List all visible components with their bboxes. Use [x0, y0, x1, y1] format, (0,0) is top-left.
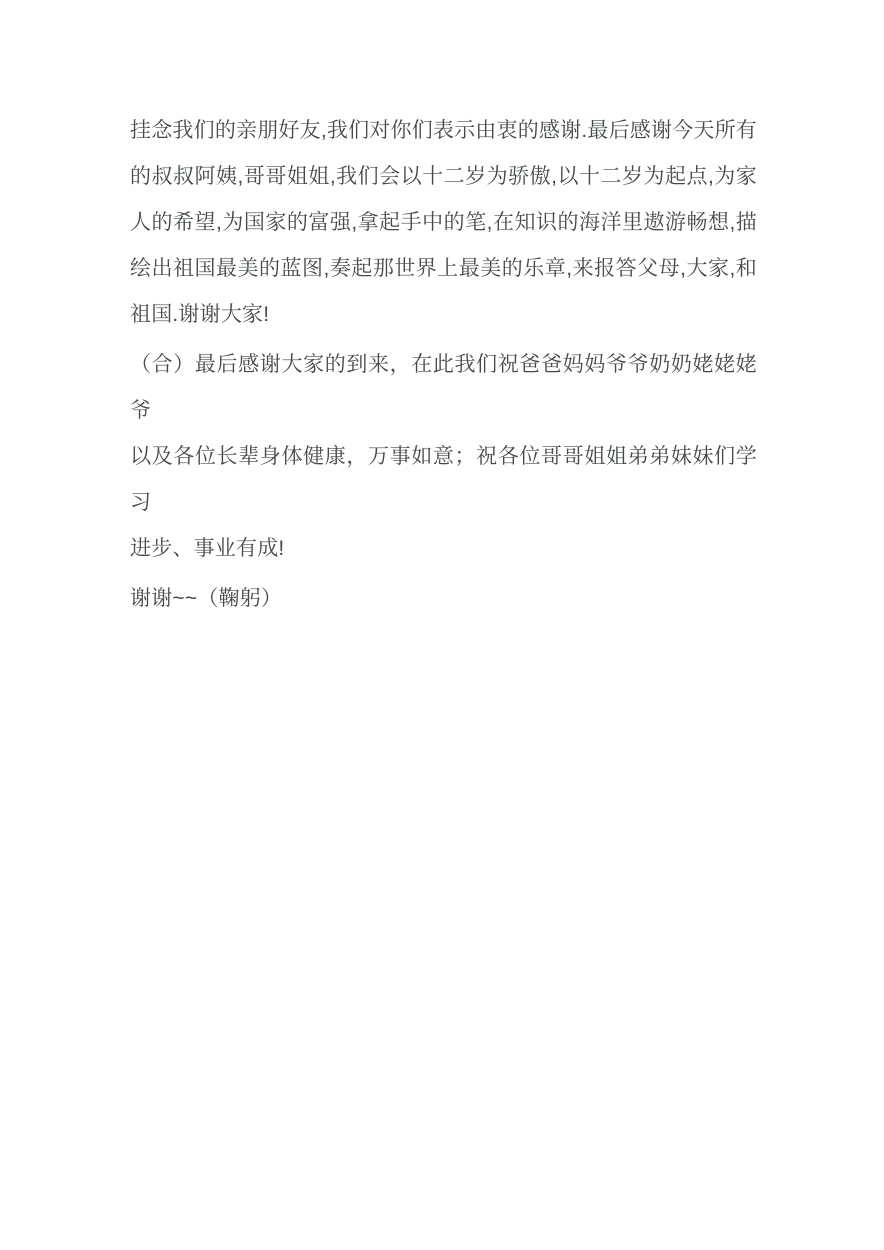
text-line: 进步、事业有成! [130, 526, 757, 572]
document-page: 挂念我们的亲朋好友,我们对你们表示由衷的感谢.最后感谢今天所有 的叔叔阿姨,哥哥… [0, 0, 884, 1250]
text-line: 祖国.谢谢大家! [130, 292, 757, 338]
paragraph-3: 谢谢~~（鞠躬） [130, 576, 757, 622]
text-line: 的叔叔阿姨,哥哥姐姐,我们会以十二岁为骄傲,以十二岁为起点,为家 [130, 154, 757, 200]
text-line: （合）最后感谢大家的到来，在此我们祝爸爸妈妈爷爷奶奶姥姥姥爷 [130, 342, 757, 434]
text-line: 以及各位长辈身体健康，万事如意；祝各位哥哥姐姐弟弟妹妹们学习 [130, 434, 757, 526]
paragraph-2: （合）最后感谢大家的到来，在此我们祝爸爸妈妈爷爷奶奶姥姥姥爷 以及各位长辈身体健… [130, 342, 757, 572]
paragraph-1: 挂念我们的亲朋好友,我们对你们表示由衷的感谢.最后感谢今天所有 的叔叔阿姨,哥哥… [130, 108, 757, 338]
document-text-block: 挂念我们的亲朋好友,我们对你们表示由衷的感谢.最后感谢今天所有 的叔叔阿姨,哥哥… [130, 108, 757, 622]
text-line: 人的希望,为国家的富强,拿起手中的笔,在知识的海洋里遨游畅想,描 [130, 200, 757, 246]
text-line: 挂念我们的亲朋好友,我们对你们表示由衷的感谢.最后感谢今天所有 [130, 108, 757, 154]
text-line: 绘出祖国最美的蓝图,奏起那世界上最美的乐章,来报答父母,大家,和 [130, 246, 757, 292]
text-line: 谢谢~~（鞠躬） [130, 576, 757, 622]
